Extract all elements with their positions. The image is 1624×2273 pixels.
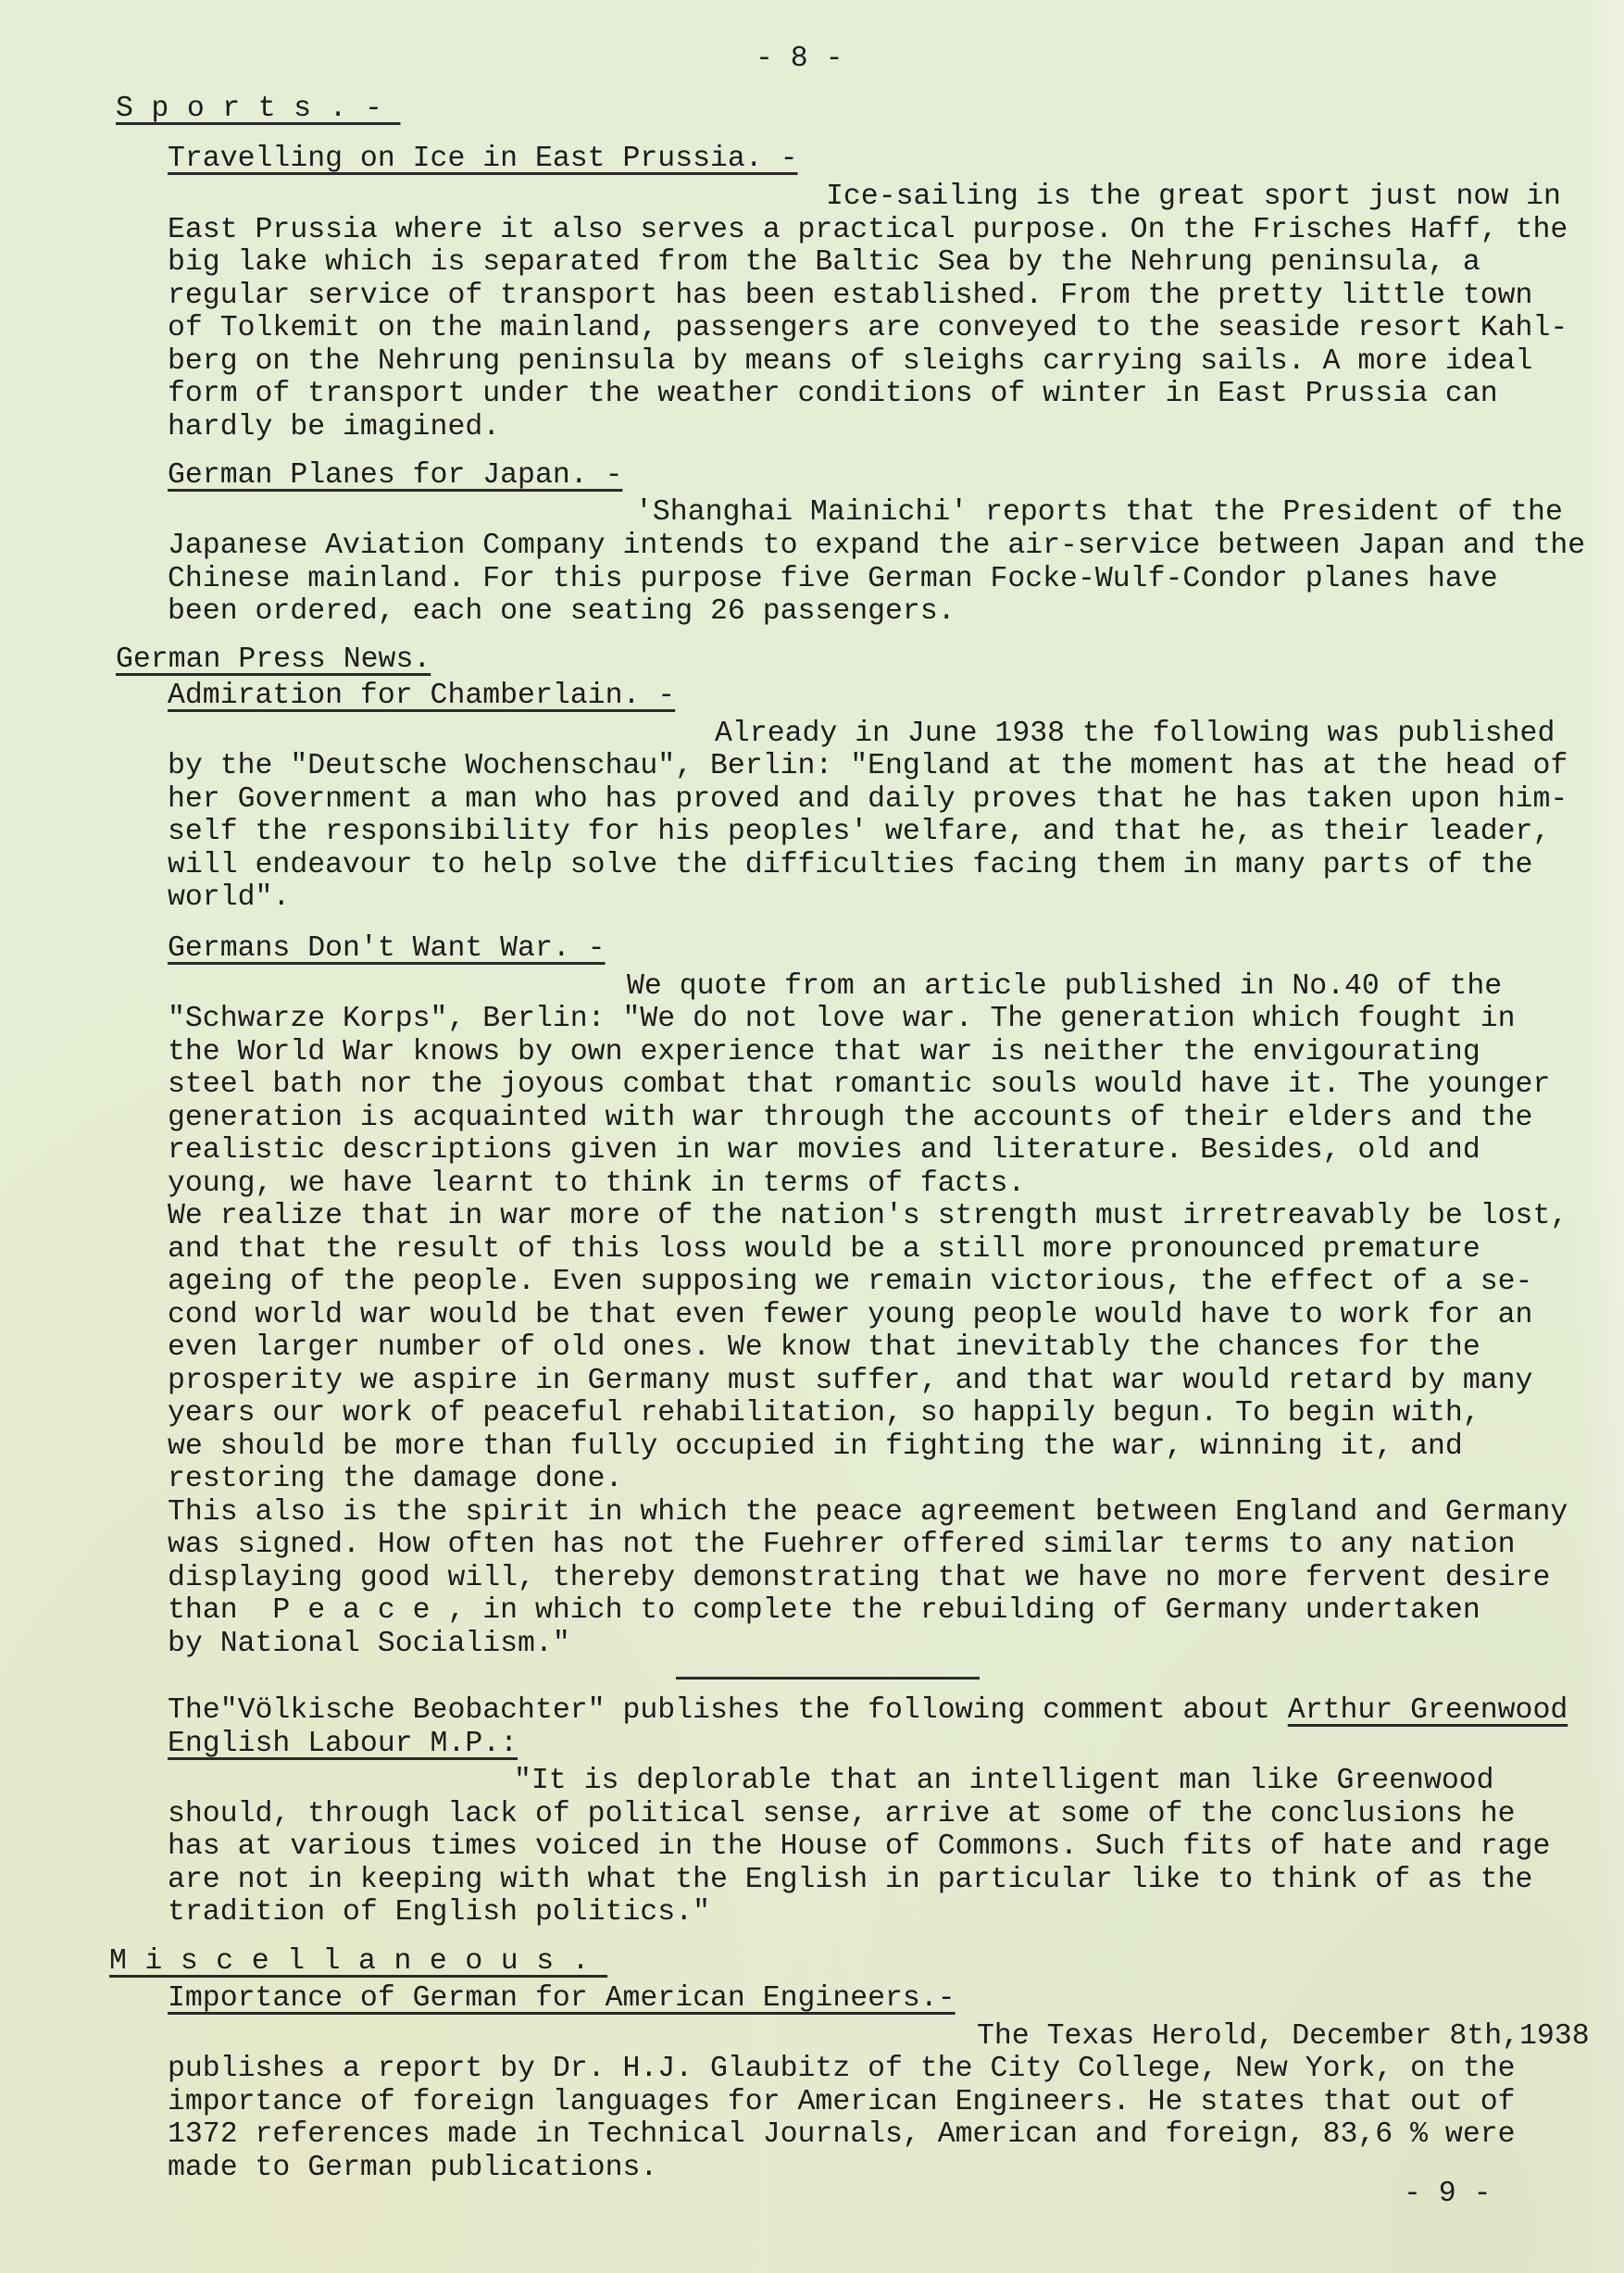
article-text-line: prosperity we aspire in Germany must suf… [168, 1365, 1532, 1398]
article-text-line: are not in keeping with what the English… [168, 1864, 1532, 1897]
article-text-line: cond world war would be that even fewer … [168, 1299, 1532, 1332]
article-text-line: Already in June 1938 the following was p… [715, 718, 1555, 751]
article-text-line: publishes a report by Dr. H.J. Glaubitz … [168, 2053, 1516, 2086]
article-text-line: We quote from an article published in No… [627, 970, 1502, 1004]
greenwood-title-underlined: English Labour M.P.: [168, 1728, 518, 1761]
article-text-line: hardly be imagined. [168, 411, 500, 444]
article-text-line: regular service of transport has been es… [168, 280, 1532, 313]
article-text-line: should, through lack of political sense,… [168, 1798, 1516, 1831]
article-title-german-planes-japan: German Planes for Japan. - [168, 459, 622, 493]
article-text-line: tradition of English politics." [168, 1896, 710, 1930]
greenwood-intro-text: The"Völkische Beobachter" publishes the … [168, 1694, 1288, 1727]
article-text-line: ageing of the people. Even supposing we … [168, 1266, 1532, 1299]
article-text-line: Japanese Aviation Company intends to exp… [168, 530, 1585, 563]
article-title-admiration-chamberlain: Admiration for Chamberlain. - [168, 680, 675, 713]
article-text-line: by National Socialism." [168, 1628, 570, 1661]
article-text-line: generation is acquainted with war throug… [168, 1102, 1532, 1135]
article-text-line: self the responsibility for his peoples'… [168, 816, 1550, 849]
page-number-header: - 8 - [756, 43, 843, 76]
article-text-line: big lake which is separated from the Bal… [168, 246, 1480, 280]
article-text-line: years our work of peaceful rehabilitatio… [168, 1397, 1480, 1430]
article-text-line: and that the result of this loss would b… [168, 1233, 1480, 1267]
article-text-line: was signed. How often has not the Fuehre… [168, 1529, 1516, 1562]
article-text-line: been ordered, each one seating 26 passen… [168, 595, 956, 629]
separator-rule [676, 1677, 980, 1680]
article-text-line: "It is deplorable that an intelligent ma… [514, 1765, 1494, 1798]
article-text-line: form of transport under the weather cond… [168, 378, 1498, 411]
article-text-line: young, we have learnt to think in terms … [168, 1168, 1025, 1201]
article-text-line: made to German publications. [168, 2152, 657, 2185]
article-text-line: 'Shanghai Mainichi' reports that the Pre… [635, 496, 1563, 530]
article-text-line: restoring the damage done. [168, 1463, 622, 1496]
section-heading-sports: Sports.- [116, 93, 400, 126]
article-text-line: displaying good will, thereby demonstrat… [168, 1562, 1550, 1595]
article-text-line: Ice-sailing is the great sport just now … [826, 181, 1561, 214]
article-text-line: has at various times voiced in the House… [168, 1830, 1550, 1864]
article-text-line: steel bath nor the joyous combat that ro… [168, 1068, 1550, 1102]
article-text-line: We realize that in war more of the natio… [168, 1200, 1568, 1233]
article-text-line: realistic descriptions given in war movi… [168, 1134, 1480, 1168]
greenwood-intro-line: The"Völkische Beobachter" publishes the … [168, 1694, 1568, 1728]
article-text-line: even larger number of old ones. We know … [168, 1331, 1480, 1365]
article-title-importance-german-engineers: Importance of German for American Engine… [168, 1982, 956, 2016]
article-title-germans-dont-want-war: Germans Don't Want War. - [168, 932, 606, 966]
article-text-line: 1372 references made in Technical Journa… [168, 2118, 1516, 2152]
article-text-line: East Prussia where it also serves a prac… [168, 214, 1568, 247]
article-text-line: her Government a man who has proved and … [168, 783, 1568, 817]
section-heading-miscellaneous: Miscellaneous. [109, 1945, 607, 1979]
article-title-travelling-on-ice: Travelling on Ice in East Prussia. - [168, 143, 798, 176]
article-text-line: importance of foreign languages for Amer… [168, 2086, 1516, 2119]
article-text-line: the World War knows by own experience th… [168, 1036, 1480, 1069]
section-heading-german-press-news: German Press News. [116, 643, 431, 677]
article-text-line: The Texas Herold, December 8th,1938 [977, 2020, 1590, 2054]
article-text-line: will endeavour to help solve the difficu… [168, 849, 1532, 882]
greenwood-name-underlined: Arthur Greenwood [1288, 1694, 1568, 1727]
article-text-line: of Tolkemit on the mainland, passengers … [168, 312, 1568, 345]
article-text-line: than P e a c e , in which to complete th… [168, 1594, 1480, 1628]
article-text-line: we should be more than fully occupied in… [168, 1430, 1463, 1464]
page-number-footer: - 9 - [1404, 2178, 1492, 2211]
article-text-line: "Schwarze Korps", Berlin: "We do not lov… [168, 1003, 1516, 1036]
article-text-line: Chinese mainland. For this purpose five … [168, 563, 1498, 596]
article-text-line: This also is the spirit in which the pea… [168, 1496, 1568, 1530]
article-text-line: berg on the Nehrung peninsula by means o… [168, 345, 1532, 379]
article-text-line: world". [168, 881, 290, 915]
article-text-line: by the "Deutsche Wochenschau", Berlin: "… [168, 750, 1568, 783]
